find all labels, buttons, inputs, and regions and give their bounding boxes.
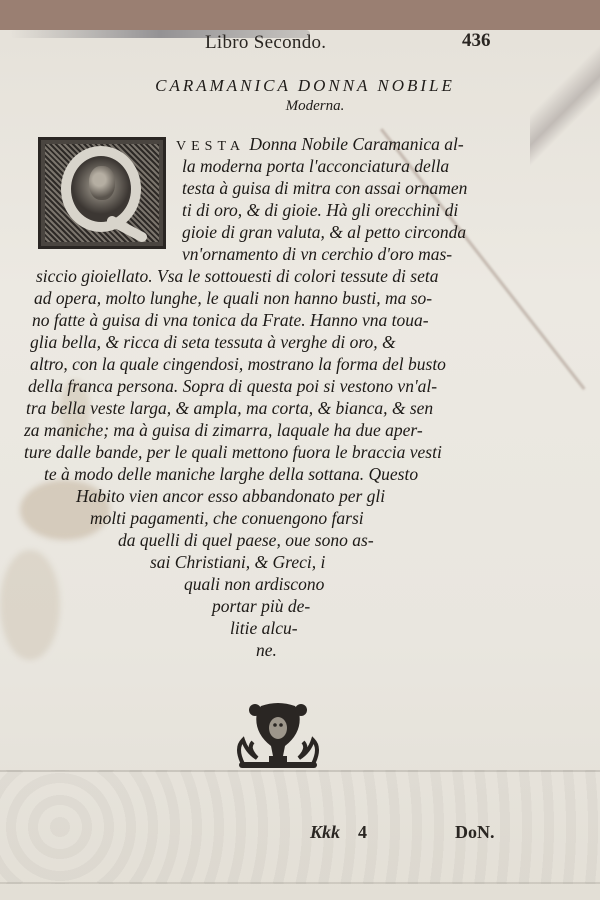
text-line: ture dalle bande, per le quali mettono f… <box>24 441 442 463</box>
text-line: molti pagamenti, che conuengono farsi <box>90 507 364 529</box>
text-line: da quelli di quel paese, oue sono as- <box>118 529 374 551</box>
catchword: DoN. <box>455 822 495 843</box>
lead-smallcaps: VESTA <box>176 139 245 154</box>
text-line: tra bella veste larga, & ampla, ma corta… <box>26 397 433 419</box>
text-line: ne. <box>256 639 277 661</box>
text-line: testa à guisa di mitra con assai ornamen <box>182 177 467 199</box>
text-line: no fatte à guisa di vna tonica da Frate.… <box>32 309 429 331</box>
text-line: vn'ornamento di vn cerchio d'oro mas- <box>182 243 452 265</box>
text-line: la moderna porta l'acconciatura della <box>182 155 449 177</box>
text-line: te à modo delle maniche larghe della sot… <box>44 463 418 485</box>
signature-letters: Kkk <box>310 822 340 842</box>
text-line: siccio gioiellato. Vsa le sottouesti di … <box>36 265 438 287</box>
text-line: portar più de- <box>212 595 310 617</box>
text-line-content: Donna Nobile Caramanica al- <box>249 134 463 154</box>
text-line: za maniche; ma à guisa di zimarra, laqua… <box>24 419 423 441</box>
text-line: glia bella, & ricca di seta tessuta à ve… <box>30 331 396 353</box>
text-line: sai Christiani, & Greci, i <box>150 551 325 573</box>
text-line: altro, con la quale cingendosi, mostrano… <box>30 353 446 375</box>
text-line: ad opera, molto lunghe, le quali non han… <box>34 287 432 309</box>
vase-ornament-icon <box>233 702 323 772</box>
text-line: litie alcu- <box>230 617 298 639</box>
book-page: Libro Secondo. 436 CARAMANICA DONNA NOBI… <box>0 30 600 900</box>
text-line: gioie di gran valuta, & al petto circond… <box>182 221 466 243</box>
printer-signature: Kkk4 <box>310 822 367 843</box>
text-line: della franca persona. Sopra di questa po… <box>28 375 437 397</box>
text-line: quali non ardiscono <box>184 573 324 595</box>
text-line: Habito vien ancor esso abbandonato per g… <box>76 485 385 507</box>
text-line: ti di oro, & di gioie. Hà gli orecchini … <box>182 199 458 221</box>
signature-number: 4 <box>358 822 367 842</box>
